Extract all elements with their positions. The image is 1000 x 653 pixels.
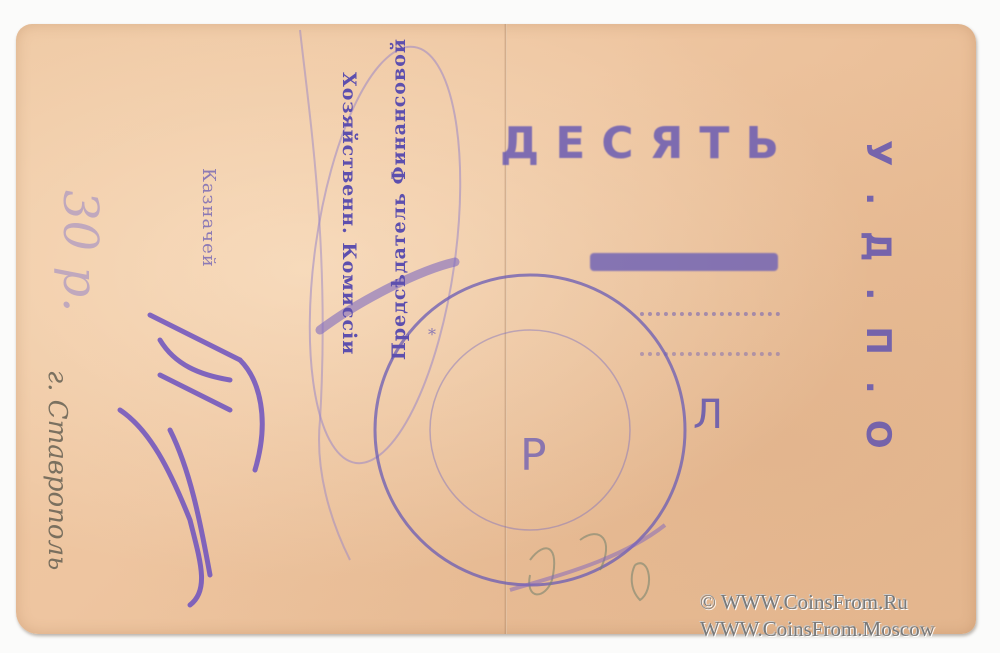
- chairman-title: Предсѣдатель Финансовой: [388, 38, 410, 360]
- ink-strokes: Р *: [0, 0, 1000, 653]
- stamp-bar: [590, 253, 778, 271]
- pencil-mark: 30 р.: [52, 190, 108, 312]
- signature: [120, 315, 262, 605]
- round-stamp: Р *: [375, 275, 685, 585]
- watermark-moscow: WWW.CoinsFrom.Moscow: [700, 617, 935, 642]
- faint-stamp-lines: [640, 312, 780, 356]
- treasurer-title: Казначей: [198, 168, 219, 268]
- denomination-word: ДЕСЯТЬ: [500, 118, 795, 169]
- denomination-letter: Л: [693, 392, 723, 438]
- commission-title: Хозяйственн. Комиссіи: [338, 72, 360, 355]
- svg-text:*: *: [428, 325, 436, 344]
- vertical-code: У.Д.П.О: [858, 140, 898, 475]
- handwritten-place: г. Ставрополь: [42, 370, 72, 570]
- stamp-center-letter: Р: [520, 430, 547, 481]
- watermark-ru: © WWW.CoinsFrom.Ru: [700, 590, 908, 615]
